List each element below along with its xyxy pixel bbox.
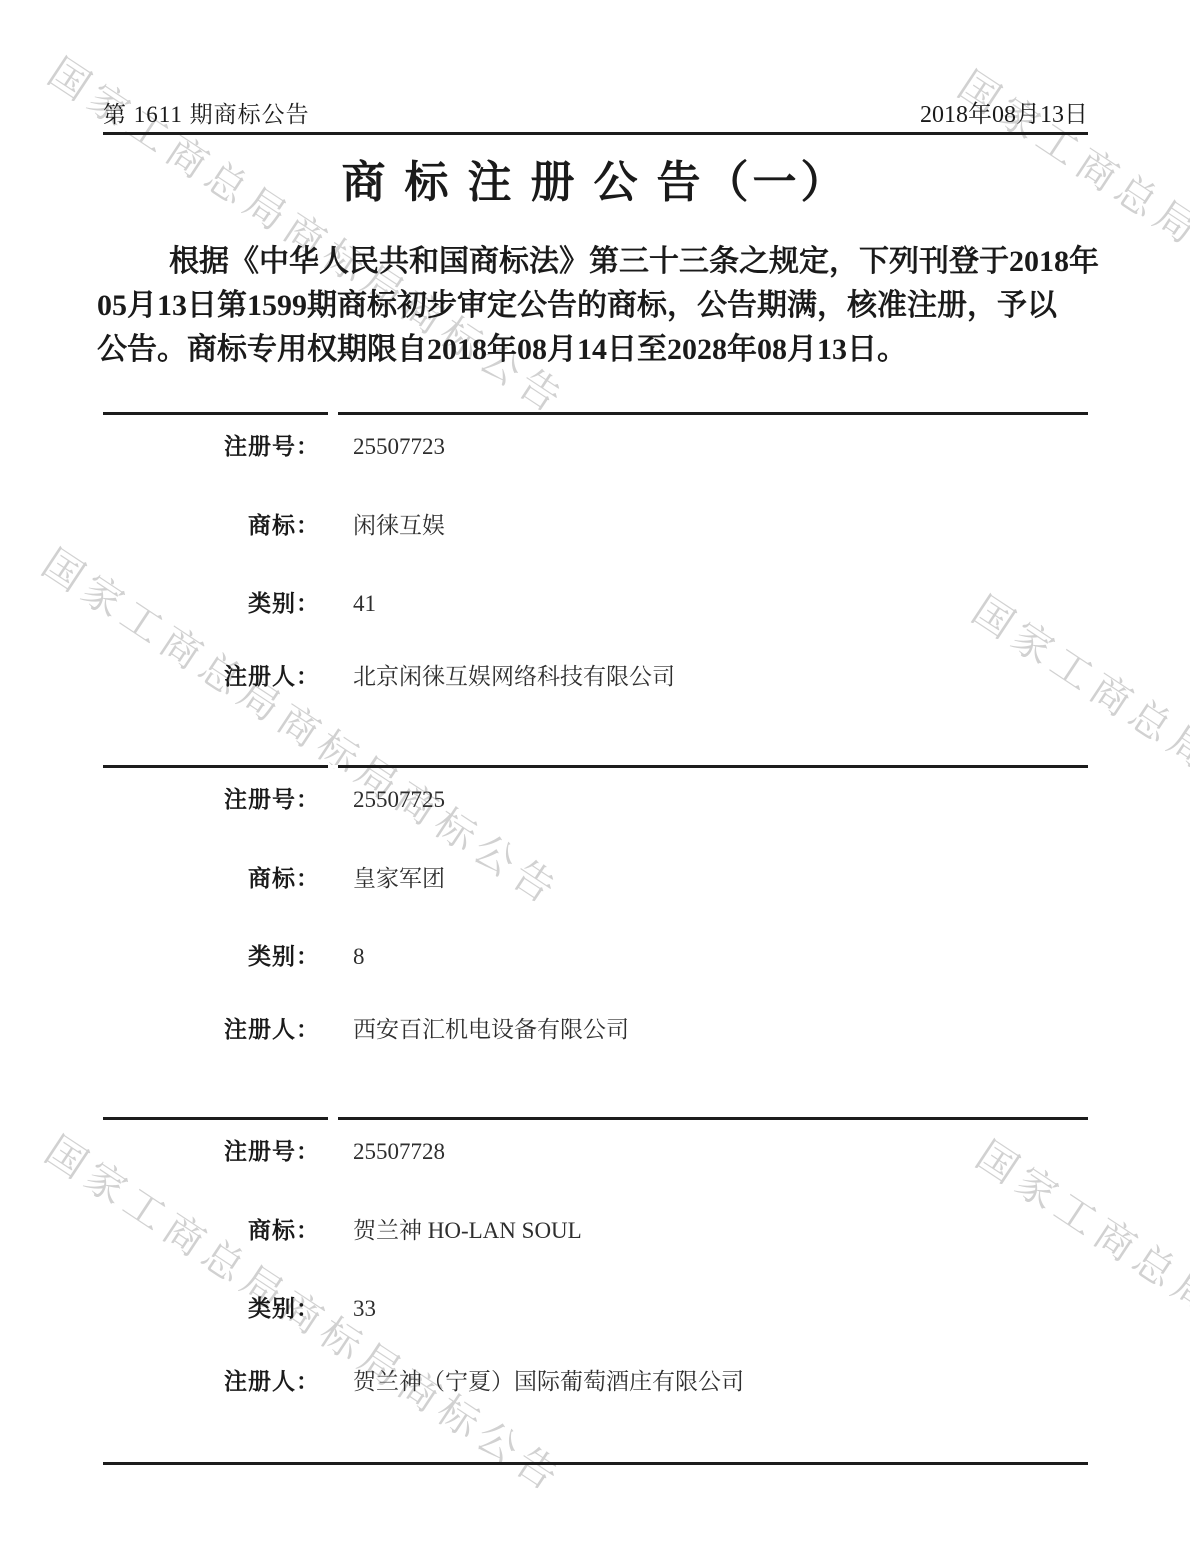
field-value-category: 33	[353, 1293, 376, 1325]
page-date: 2018年08月13日	[920, 94, 1088, 129]
intro-line-1: 根据《中华人民共和国商标法》第三十三条之规定，下列刊登于2018年	[97, 240, 1097, 284]
record-2-registrant-row: 注册人： 西安百汇机电设备有限公司	[103, 1014, 1088, 1046]
page-title: 商 标 注 册 公 告（一）	[0, 146, 1190, 210]
field-label-category: 类别：	[103, 941, 320, 973]
intro-paragraph: 根据《中华人民共和国商标法》第三十三条之规定，下列刊登于2018年 05月13日…	[97, 240, 1097, 372]
issue-number: 第 1611 期商标公告	[103, 96, 310, 129]
field-value-category: 8	[353, 941, 365, 973]
record-1-category-row: 类别： 41	[103, 588, 1088, 620]
field-label-registrant: 注册人：	[103, 661, 320, 693]
field-value-registrant: 西安百汇机电设备有限公司	[353, 1014, 629, 1046]
record-separator-3	[103, 1117, 1088, 1120]
record-2-trademark-row: 商标： 皇家军团	[103, 863, 1088, 895]
field-value-registrant: 贺兰神（宁夏）国际葡萄酒庄有限公司	[353, 1366, 744, 1398]
record-1-trademark-row: 商标： 闲徕互娱	[103, 510, 1088, 542]
record-1-registrant-row: 注册人： 北京闲徕互娱网络科技有限公司	[103, 661, 1088, 693]
field-label-registrant: 注册人：	[103, 1014, 320, 1046]
field-label-trademark: 商标：	[103, 863, 320, 895]
watermark-mid-right: 国家工商总局商标局商标公告	[963, 580, 1190, 965]
bottom-rule	[103, 1462, 1088, 1465]
record-3-reg-no-row: 注册号： 25507728	[103, 1136, 1088, 1168]
record-3-category-row: 类别： 33	[103, 1293, 1088, 1325]
gazette-page: 国家工商总局商标局商标公告 国家工商总局商标局商标公告 国家工商总局商标局商标公…	[0, 0, 1190, 1564]
record-separator-2	[103, 765, 1088, 768]
separator-gap	[328, 412, 338, 415]
field-label-trademark: 商标：	[103, 1215, 320, 1247]
field-value-trademark: 闲徕互娱	[353, 510, 445, 542]
field-label-reg-no: 注册号：	[103, 784, 320, 816]
field-value-registrant: 北京闲徕互娱网络科技有限公司	[353, 661, 675, 693]
record-2-reg-no-row: 注册号： 25507725	[103, 784, 1088, 816]
record-3-registrant-row: 注册人： 贺兰神（宁夏）国际葡萄酒庄有限公司	[103, 1366, 1088, 1398]
separator-gap	[328, 1117, 338, 1120]
field-value-reg-no: 25507723	[353, 431, 445, 463]
field-label-trademark: 商标：	[103, 510, 320, 542]
record-separator-1	[103, 412, 1088, 415]
field-label-category: 类别：	[103, 1293, 320, 1325]
record-1-reg-no-row: 注册号： 25507723	[103, 431, 1088, 463]
intro-line-3: 公告。商标专用权期限自2018年08月14日至2028年08月13日。	[97, 328, 1097, 372]
field-value-reg-no: 25507725	[353, 784, 445, 816]
separator-gap	[328, 765, 338, 768]
field-value-category: 41	[353, 588, 376, 620]
field-label-reg-no: 注册号：	[103, 1136, 320, 1168]
field-label-registrant: 注册人：	[103, 1366, 320, 1398]
field-label-category: 类别：	[103, 588, 320, 620]
running-header: 第 1611 期商标公告 2018年08月13日	[103, 94, 1088, 129]
record-3-trademark-row: 商标： 贺兰神 HO-LAN SOUL	[103, 1215, 1088, 1247]
field-label-reg-no: 注册号：	[103, 431, 320, 463]
header-rule	[103, 132, 1088, 135]
field-value-trademark: 贺兰神 HO-LAN SOUL	[353, 1215, 582, 1247]
intro-line-2: 05月13日第1599期商标初步审定公告的商标，公告期满，核准注册，予以	[97, 284, 1097, 328]
field-value-trademark: 皇家军团	[353, 863, 445, 895]
record-2-category-row: 类别： 8	[103, 941, 1088, 973]
field-value-reg-no: 25507728	[353, 1136, 445, 1168]
